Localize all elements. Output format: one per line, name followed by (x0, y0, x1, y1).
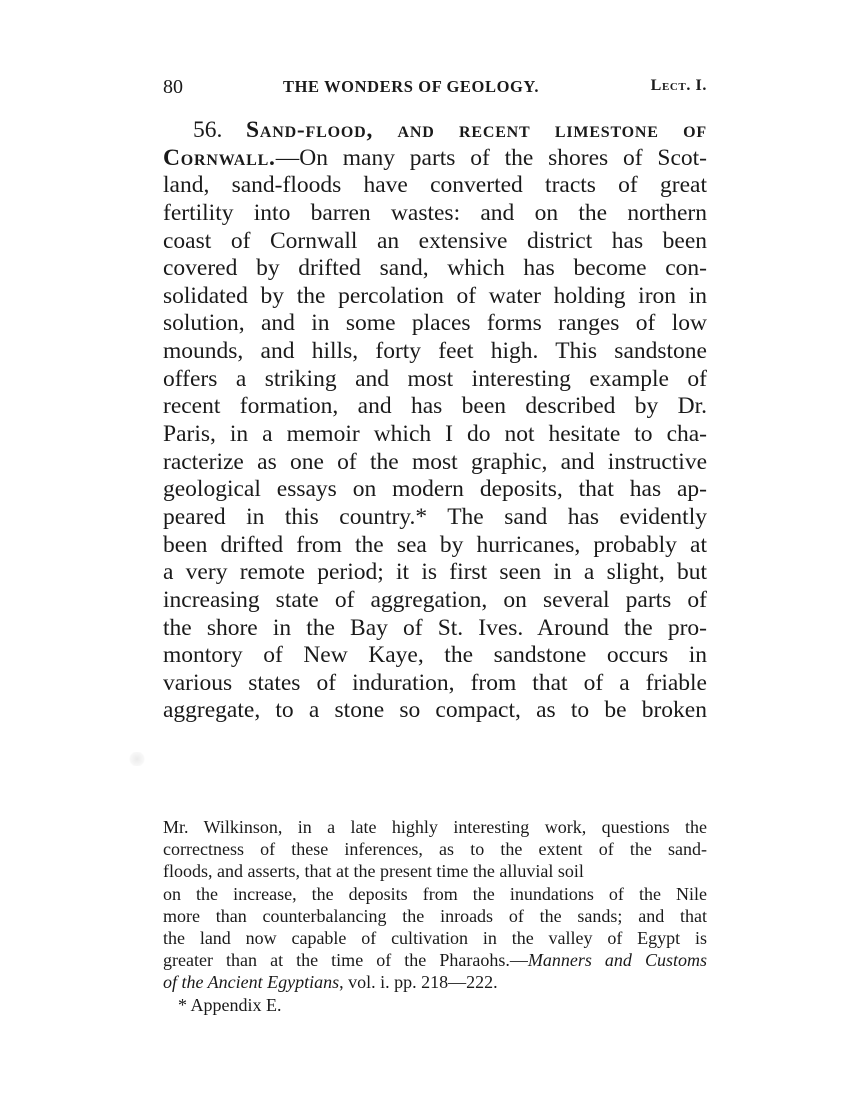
text-line: offers a striking and most interesting e… (163, 366, 707, 394)
text-line: montory of New Kaye, the sandstone occur… (163, 642, 707, 670)
section-body: 56. Sand-flood, and recent limestone of … (163, 117, 707, 725)
footnote-line: correctness of these inferences, as to t… (163, 838, 707, 860)
text-line: the shore in the Bay of St. Ives. Around… (163, 615, 707, 643)
text-line: various states of induration, from that … (163, 670, 707, 698)
page-number: 80 (163, 76, 183, 99)
text-line: coast of Cornwall an extensive district … (163, 228, 707, 256)
book-citation-title: Manners and Customs (528, 950, 707, 970)
text-line: fertility into barren wastes: and on the… (163, 200, 707, 228)
book-citation-title-cont: of the Ancient Egyptians (163, 972, 339, 992)
text-line: land, sand-floods have converted tracts … (163, 172, 707, 200)
book-title: THE WONDERS OF GEOLOGY. (283, 77, 539, 97)
text-line: Cornwall.—On many parts of the shores of… (163, 145, 707, 173)
footnote-line: greater than at the time of the Pharaohs… (163, 949, 707, 971)
section-heading: 56. Sand-flood, and recent limestone of (163, 117, 707, 145)
section-number: 56. (193, 117, 222, 143)
scan-smudge (128, 752, 146, 766)
text-line: racterize as one of the most graphic, an… (163, 449, 707, 477)
text-line: a very remote period; it is first seen i… (163, 559, 707, 587)
text-line: Paris, in a memoir which I do not hesita… (163, 421, 707, 449)
appendix-footnote: * Appendix E. (163, 994, 707, 1016)
section-title-part1: Sand-flood, and recent limestone of (246, 117, 707, 143)
footnote-line: floods, and asserts, that at the present… (163, 860, 707, 882)
text-line: peared in this country.* The sand has ev… (163, 504, 707, 532)
footnote-line: Mr. Wilkinson, in a late highly interest… (163, 816, 707, 838)
text-line: covered by drifted sand, which has becom… (163, 255, 707, 283)
text-line: recent formation, and has been described… (163, 393, 707, 421)
text-line: mounds, and hills, forty feet high. This… (163, 338, 707, 366)
running-head: 80 THE WONDERS OF GEOLOGY. Lect. I. (163, 76, 707, 100)
lecture-label: Lect. I. (651, 77, 707, 95)
footnote-line: more than counterbalancing the inroads o… (163, 905, 707, 927)
section-title-part2: Cornwall. (163, 145, 276, 171)
text-line: been drifted from the sea by hurricanes,… (163, 532, 707, 560)
book-page: 80 THE WONDERS OF GEOLOGY. Lect. I. 56. … (0, 0, 850, 1100)
footnotes: Mr. Wilkinson, in a late highly interest… (163, 816, 707, 1016)
text-line: solidated by the percolation of water ho… (163, 283, 707, 311)
footnote-line: on the increase, the deposits from the i… (163, 883, 707, 905)
text-line: solution, and in some places forms range… (163, 310, 707, 338)
text-line: increasing state of aggregation, on seve… (163, 587, 707, 615)
text-line: geological essays on modern deposits, th… (163, 476, 707, 504)
footnote-line: of the Ancient Egyptians, vol. i. pp. 21… (163, 971, 707, 993)
text-line: aggregate, to a stone so compact, as to … (163, 697, 707, 725)
footnote-line: the land now capable of cultivation in t… (163, 927, 707, 949)
